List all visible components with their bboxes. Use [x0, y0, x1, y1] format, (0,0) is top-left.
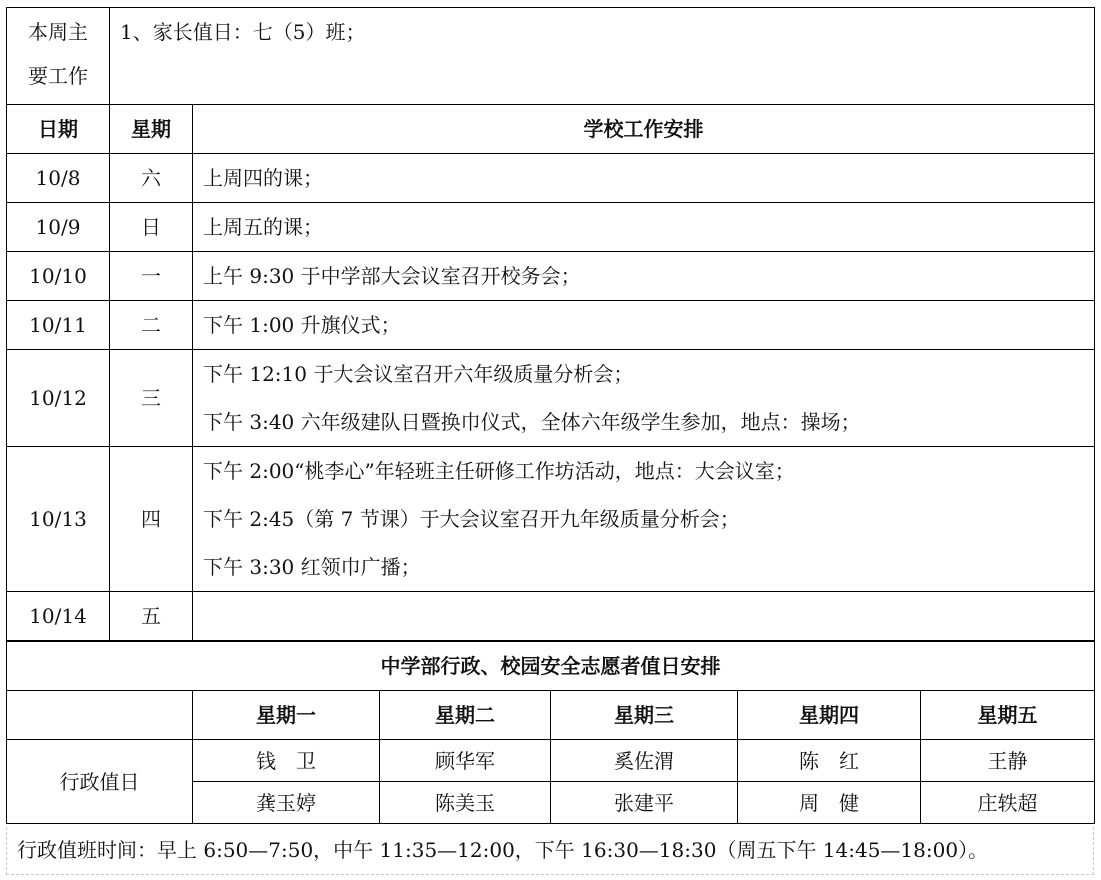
empty-header-cell — [7, 691, 193, 740]
duty-time-note: 行政值班时间：早上 6:50—7:50，中午 11:35—12:00，下午 16… — [6, 827, 1094, 875]
arrangement-item: 下午 3:40 六年级建队日暨换巾仪式，全体六年级学生参加，地点：操场； — [203, 398, 1094, 446]
arrangement-cell: 上周五的课； — [193, 203, 1095, 252]
header-weekday: 星期 — [110, 105, 193, 154]
date-cell: 10/13 — [7, 447, 110, 592]
day-header: 星期一 — [193, 691, 380, 740]
arrangement-item: 下午 2:45（第 7 节课）于大会议室召开九年级质量分析会； — [203, 495, 1094, 543]
weekday-cell: 日 — [110, 203, 193, 252]
arrangement-cell: 下午 12:10 于大会议室召开六年级质量分析会； 下午 3:40 六年级建队日… — [193, 350, 1095, 447]
duty-name: 庄轶超 — [921, 782, 1095, 824]
duty-name: 钱 卫 — [193, 740, 380, 782]
table-row: 10/9 日 上周五的课； — [7, 203, 1095, 252]
label-line1: 本周主 — [7, 8, 109, 56]
header-arrangement: 学校工作安排 — [193, 105, 1095, 154]
day-header: 星期三 — [551, 691, 738, 740]
table-row: 10/10 一 上午 9:30 于中学部大会议室召开校务会； — [7, 252, 1095, 301]
arrangement-cell — [193, 592, 1095, 641]
duty-name: 周 健 — [738, 782, 921, 824]
label-line2: 要工作 — [7, 52, 109, 100]
arrangement-item: 下午 12:10 于大会议室召开六年级质量分析会； — [203, 350, 1094, 398]
date-cell: 10/8 — [7, 154, 110, 203]
table-row: 10/8 六 上周四的课； — [7, 154, 1095, 203]
duty-row-label: 行政值日 — [7, 740, 193, 824]
duty-name: 张建平 — [551, 782, 738, 824]
duty-header-row: 星期一 星期二 星期三 星期四 星期五 — [7, 691, 1095, 740]
duty-name: 奚佐渭 — [551, 740, 738, 782]
arrangement-cell: 下午 2:00“桃李心”年轻班主任研修工作坊活动，地点：大会议室； 下午 2:4… — [193, 447, 1095, 592]
duty-name: 陈 红 — [738, 740, 921, 782]
table-row: 10/14 五 — [7, 592, 1095, 641]
date-cell: 10/9 — [7, 203, 110, 252]
arrangement-cell: 下午 1:00 升旗仪式； — [193, 301, 1095, 350]
schedule-table: 日期 星期 学校工作安排 10/8 六 上周四的课； 10/9 日 上周五的课；… — [6, 104, 1095, 641]
arrangement-cell: 上周四的课； — [193, 154, 1095, 203]
weekday-cell: 四 — [110, 447, 193, 592]
weekday-cell: 三 — [110, 350, 193, 447]
main-work-table: 本周主 要工作 1、家长值日：七（5）班； — [6, 7, 1095, 105]
schedule-header-row: 日期 星期 学校工作安排 — [7, 105, 1095, 154]
duty-name: 顾华军 — [380, 740, 551, 782]
duty-name: 龚玉婷 — [193, 782, 380, 824]
main-work-content: 1、家长值日：七（5）班； — [110, 8, 1095, 105]
header-date: 日期 — [7, 105, 110, 154]
table-row: 10/13 四 下午 2:00“桃李心”年轻班主任研修工作坊活动，地点：大会议室… — [7, 447, 1095, 592]
day-header: 星期四 — [738, 691, 921, 740]
arrangement-cell: 上午 9:30 于中学部大会议室召开校务会； — [193, 252, 1095, 301]
duty-name: 陈美玉 — [380, 782, 551, 824]
arrangement-item: 下午 3:30 红领巾广播； — [203, 543, 1094, 591]
duty-name: 王静 — [921, 740, 1095, 782]
duty-table: 中学部行政、校园安全志愿者值日安排 星期一 星期二 星期三 星期四 星期五 行政… — [6, 641, 1095, 824]
arrangement-item: 下午 2:00“桃李心”年轻班主任研修工作坊活动，地点：大会议室； — [203, 447, 1094, 495]
table-row: 10/12 三 下午 12:10 于大会议室召开六年级质量分析会； 下午 3:4… — [7, 350, 1095, 447]
day-header: 星期五 — [921, 691, 1095, 740]
main-work-label: 本周主 要工作 — [7, 8, 110, 105]
weekday-cell: 六 — [110, 154, 193, 203]
weekday-cell: 二 — [110, 301, 193, 350]
weekday-cell: 五 — [110, 592, 193, 641]
date-cell: 10/14 — [7, 592, 110, 641]
date-cell: 10/12 — [7, 350, 110, 447]
day-header: 星期二 — [380, 691, 551, 740]
date-cell: 10/11 — [7, 301, 110, 350]
duty-row: 行政值日 钱 卫 顾华军 奚佐渭 陈 红 王静 — [7, 740, 1095, 782]
duty-title: 中学部行政、校园安全志愿者值日安排 — [7, 642, 1095, 691]
table-row: 10/11 二 下午 1:00 升旗仪式； — [7, 301, 1095, 350]
date-cell: 10/10 — [7, 252, 110, 301]
weekday-cell: 一 — [110, 252, 193, 301]
main-work-text: 1、家长值日：七（5）班； — [120, 8, 1094, 56]
